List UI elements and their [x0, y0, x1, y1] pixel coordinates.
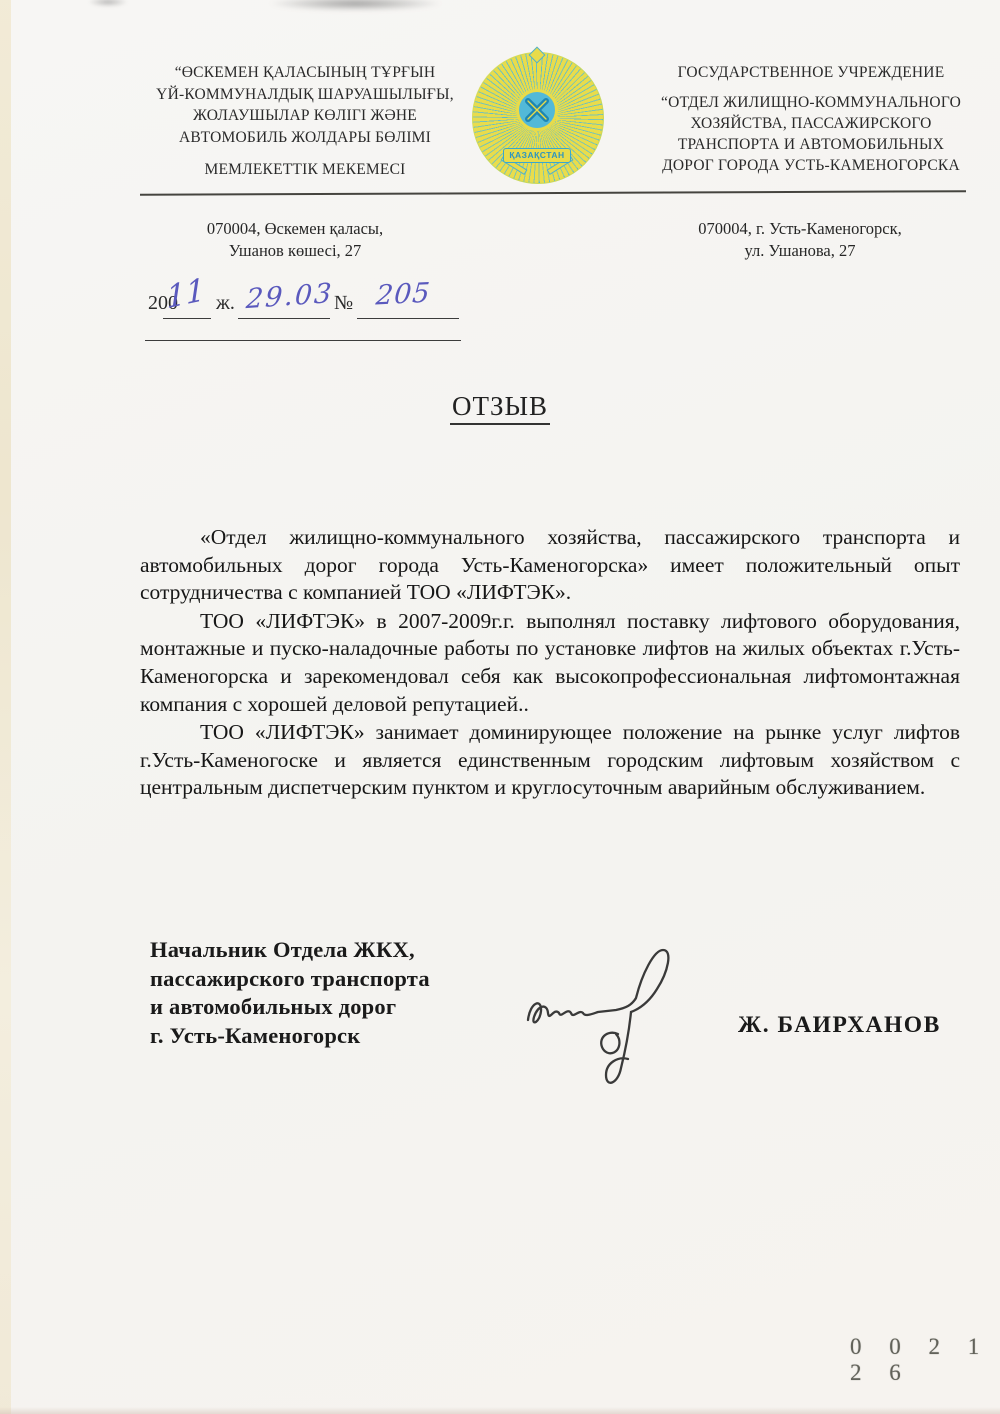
emblem-shanyrak-cross-icon — [516, 89, 558, 131]
kazakhstan-coat-of-arms: ҚАЗАҚСТАН — [472, 52, 602, 182]
org-name-ru-line: ХОЗЯЙСТВА, ПАССАЖИРСКОГО — [645, 113, 977, 134]
letterhead-divider — [140, 190, 966, 196]
signatory-position: Начальник Отдела ЖКХ, пассажирского тран… — [150, 936, 430, 1050]
scan-edge-left — [0, 0, 11, 1414]
address-russian: 070004, г. Усть-Каменогорск, ул. Ушанова… — [675, 218, 925, 262]
signatory-position-line: и автомобильных дорог — [150, 993, 430, 1022]
document-title: ОТЗЫВ — [450, 391, 550, 425]
org-name-kk-line: “ӨСКЕМЕН ҚАЛАСЫНЫҢ ТҰРҒЫН — [140, 62, 470, 84]
scanned-letter-page: “ӨСКЕМЕН ҚАЛАСЫНЫҢ ТҰРҒЫН ҮЙ-КОММУНАЛДЫҚ… — [0, 0, 1000, 1414]
org-name-kk-line: АВТОМОБИЛЬ ЖОЛДАРЫ БӨЛІМІ — [140, 127, 470, 149]
dateline-blank-number — [357, 318, 459, 319]
address-ru-line1: 070004, г. Усть-Каменогорск, — [675, 218, 925, 240]
signee-name: Ж. БАИРХАНОВ — [738, 1012, 941, 1039]
paragraph-1: «Отдел жилищно-коммунального хозяйства, … — [140, 524, 960, 607]
org-name-kk-line: ЖОЛАУШЫЛАР КӨЛІГІ ЖӘНЕ — [140, 105, 470, 127]
scan-edge-bottom — [0, 1407, 1000, 1414]
emblem-banner: ҚАЗАҚСТАН — [503, 148, 571, 163]
dateline-number-sign: № — [334, 292, 353, 315]
letter-body: «Отдел жилищно-коммунального хозяйства, … — [140, 524, 960, 803]
letterhead-kazakh: “ӨСКЕМЕН ҚАЛАСЫНЫҢ ТҰРҒЫН ҮЙ-КОММУНАЛДЫҚ… — [140, 62, 470, 181]
paragraph-3: ТОО «ЛИФТЭК» занимает доминирующее полож… — [140, 719, 960, 802]
dateline-blank-second-line — [145, 340, 461, 341]
org-type-ru: ГОСУДАРСТВЕННОЕ УЧРЕЖДЕНИЕ — [645, 62, 977, 83]
signatory-position-line: г. Усть-Каменогорск — [150, 1022, 430, 1051]
letterhead-russian: ГОСУДАРСТВЕННОЕ УЧРЕЖДЕНИЕ “ОТДЕЛ ЖИЛИЩН… — [645, 62, 977, 176]
spacer — [140, 148, 470, 159]
scan-smudge-top — [268, 0, 443, 11]
title-row: ОТЗЫВ — [0, 391, 1000, 425]
handwritten-signature — [518, 942, 698, 1102]
handwritten-number: 205 — [375, 277, 432, 311]
dateline-blank-year — [163, 318, 211, 319]
signatory-position-line: пассажирского транспорта — [150, 965, 430, 994]
org-name-ru-line: “ОТДЕЛ ЖИЛИЩНО-КОММУНАЛЬНОГО — [645, 92, 977, 113]
handwritten-date: 29.03 — [245, 278, 334, 315]
handwritten-year: 11 — [166, 272, 206, 317]
spacer — [645, 83, 977, 92]
address-kk-line2: Ушанов көшесі, 27 — [180, 240, 410, 262]
org-name-ru-line: ТРАНСПОРТА И АВТОМОБИЛЬНЫХ — [645, 134, 977, 155]
signatory-position-line: Начальник Отдела ЖКХ, — [150, 936, 430, 965]
address-kk-line1: 070004, Өскемен қаласы, — [180, 218, 410, 240]
dateline-blank-date — [238, 318, 330, 319]
stamp-serial-number: 0 0 2 1 2 6 — [850, 1334, 1000, 1386]
address-kazakh: 070004, Өскемен қаласы, Ушанов көшесі, 2… — [180, 218, 410, 262]
org-type-kk: МЕМЛЕКЕТТІК МЕКЕМЕСІ — [140, 159, 470, 181]
org-name-ru-line: ДОРОГ ГОРОДА УСТЬ-КАМЕНОГОРСКА — [645, 155, 977, 176]
address-ru-line2: ул. Ушанова, 27 — [675, 240, 925, 262]
org-name-kk-line: ҮЙ-КОММУНАЛДЫҚ ШАРУАШЫЛЫҒЫ, — [140, 84, 470, 106]
paragraph-2: ТОО «ЛИФТЭК» в 2007-2009г.г. выполнял по… — [140, 608, 960, 718]
dateline-year-suffix: ж. — [216, 292, 235, 315]
scan-smudge-top-small — [88, 0, 128, 7]
